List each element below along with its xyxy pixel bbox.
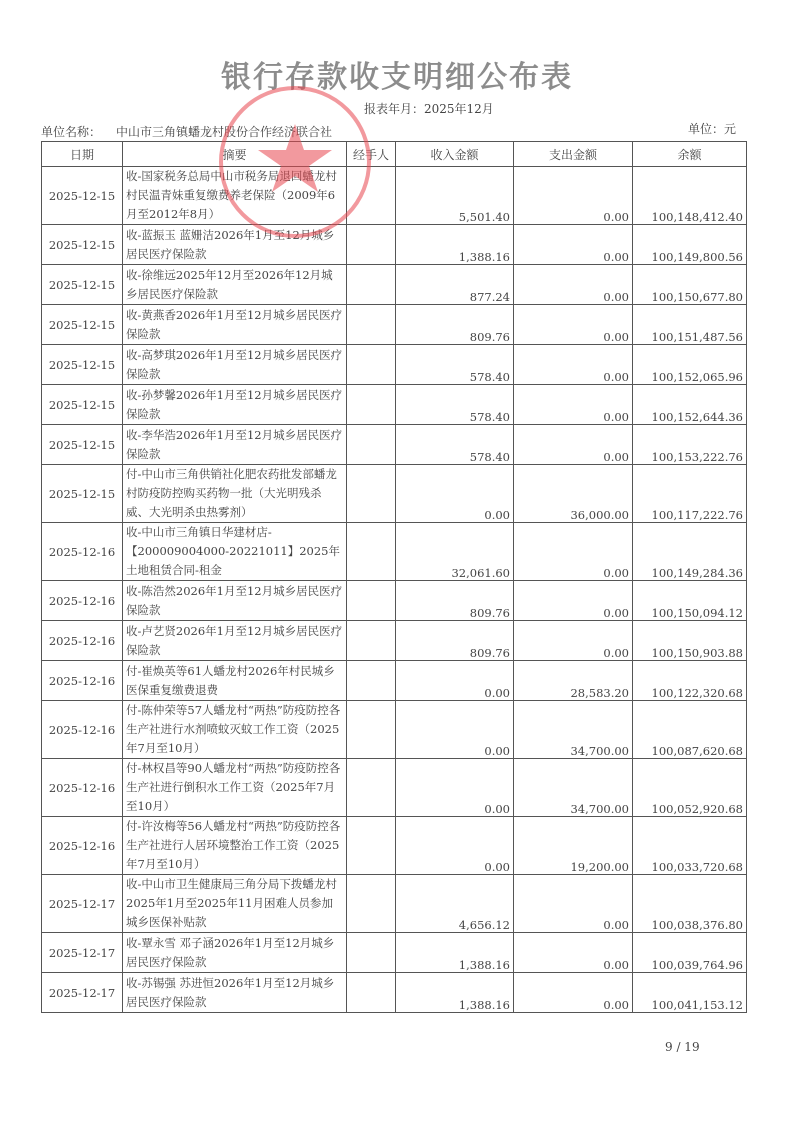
- date-cell: 2025-12-17: [42, 933, 123, 973]
- income-cell: 5,501.40: [396, 167, 514, 225]
- expense-cell: 0.00: [514, 265, 633, 305]
- col-balance: 余额: [633, 142, 747, 167]
- summary-cell: 收-中山市三角镇日华建材店-【200009004000-20221011】202…: [123, 523, 347, 581]
- balance-cell: 100,033,720.68: [633, 817, 747, 875]
- expense-cell: 34,700.00: [514, 701, 633, 759]
- income-cell: 32,061.60: [396, 523, 514, 581]
- table-row: 2025-12-17收-中山市卫生健康局三角分局下拨蟠龙村2025年1月至202…: [42, 875, 747, 933]
- date-cell: 2025-12-15: [42, 305, 123, 345]
- page-number: 9 / 19: [665, 1040, 700, 1054]
- summary-cell: 收-卢艺贤2026年1月至12月城乡居民医疗保险款: [123, 621, 347, 661]
- income-cell: 578.40: [396, 425, 514, 465]
- date-cell: 2025-12-15: [42, 345, 123, 385]
- table-row: 2025-12-16付-崔焕英等61人蟠龙村2026年村民城乡医保重复缴费退费0…: [42, 661, 747, 701]
- balance-cell: 100,150,903.88: [633, 621, 747, 661]
- summary-cell: 收-黄燕香2026年1月至12月城乡居民医疗保险款: [123, 305, 347, 345]
- summary-cell: 收-覃永雪 邓子涵2026年1月至12月城乡居民医疗保险款: [123, 933, 347, 973]
- expense-cell: 0.00: [514, 581, 633, 621]
- balance-cell: 100,122,320.68: [633, 661, 747, 701]
- expense-cell: 0.00: [514, 385, 633, 425]
- summary-cell: 收-苏锡强 苏进恒2026年1月至12月城乡居民医疗保险款: [123, 973, 347, 1013]
- balance-cell: 100,038,376.80: [633, 875, 747, 933]
- expense-cell: 19,200.00: [514, 817, 633, 875]
- handler-cell: [347, 933, 396, 973]
- income-cell: 1,388.16: [396, 933, 514, 973]
- handler-cell: [347, 875, 396, 933]
- table-row: 2025-12-15收-高梦琪2026年1月至12月城乡居民医疗保险款578.4…: [42, 345, 747, 385]
- date-cell: 2025-12-16: [42, 621, 123, 661]
- date-cell: 2025-12-16: [42, 523, 123, 581]
- summary-cell: 付-陈仲荣等57人蟠龙村“两热”防疫防控各生产社进行水剂喷蚊灭蚊工作工资（202…: [123, 701, 347, 759]
- col-expense: 支出金额: [514, 142, 633, 167]
- date-cell: 2025-12-15: [42, 225, 123, 265]
- table-row: 2025-12-16付-林权昌等90人蟠龙村“两热”防疫防控各生产社进行倒积水工…: [42, 759, 747, 817]
- expense-cell: 0.00: [514, 345, 633, 385]
- income-cell: 1,388.16: [396, 225, 514, 265]
- date-cell: 2025-12-15: [42, 265, 123, 305]
- col-date: 日期: [42, 142, 123, 167]
- balance-cell: 100,150,677.80: [633, 265, 747, 305]
- balance-cell: 100,052,920.68: [633, 759, 747, 817]
- income-cell: 578.40: [396, 345, 514, 385]
- balance-cell: 100,149,284.36: [633, 523, 747, 581]
- table-row: 2025-12-15收-李华浩2026年1月至12月城乡居民医疗保险款578.4…: [42, 425, 747, 465]
- table-row: 2025-12-16付-许汝梅等56人蟠龙村“两热”防疫防控各生产社进行人居环境…: [42, 817, 747, 875]
- handler-cell: [347, 759, 396, 817]
- col-income: 收入金额: [396, 142, 514, 167]
- summary-cell: 收-李华浩2026年1月至12月城乡居民医疗保险款: [123, 425, 347, 465]
- handler-cell: [347, 621, 396, 661]
- date-cell: 2025-12-16: [42, 701, 123, 759]
- table-row: 2025-12-16收-中山市三角镇日华建材店-【200009004000-20…: [42, 523, 747, 581]
- date-cell: 2025-12-17: [42, 973, 123, 1013]
- handler-cell: [347, 523, 396, 581]
- income-cell: 0.00: [396, 701, 514, 759]
- balance-cell: 100,149,800.56: [633, 225, 747, 265]
- handler-cell: [347, 345, 396, 385]
- handler-cell: [347, 817, 396, 875]
- income-cell: 0.00: [396, 661, 514, 701]
- summary-cell: 收-国家税务总局中山市税务局退回蟠龙村村民温青妹重复缴费养老保险（2009年6月…: [123, 167, 347, 225]
- table-row: 2025-12-17收-覃永雪 邓子涵2026年1月至12月城乡居民医疗保险款1…: [42, 933, 747, 973]
- table-row: 2025-12-16付-陈仲荣等57人蟠龙村“两热”防疫防控各生产社进行水剂喷蚊…: [42, 701, 747, 759]
- balance-cell: 100,087,620.68: [633, 701, 747, 759]
- table-row: 2025-12-16收-陈浩然2026年1月至12月城乡居民医疗保险款809.7…: [42, 581, 747, 621]
- summary-cell: 收-孙梦馨2026年1月至12月城乡居民医疗保险款: [123, 385, 347, 425]
- expense-cell: 28,583.20: [514, 661, 633, 701]
- summary-cell: 付-中山市三角供销社化肥农药批发部蟠龙村防疫防控购买药物一批（大光明残杀威、大光…: [123, 465, 347, 523]
- report-month: 报表年月：2025年12月: [364, 100, 494, 117]
- income-cell: 4,656.12: [396, 875, 514, 933]
- date-cell: 2025-12-16: [42, 661, 123, 701]
- income-cell: 0.00: [396, 759, 514, 817]
- currency-unit: 单位：元: [688, 120, 736, 137]
- table-row: 2025-12-15收-徐维远2025年12月至2026年12月城乡居民医疗保险…: [42, 265, 747, 305]
- ledger-body: 2025-12-15收-国家税务总局中山市税务局退回蟠龙村村民温青妹重复缴费养老…: [42, 167, 747, 1013]
- date-cell: 2025-12-17: [42, 875, 123, 933]
- table-row: 2025-12-17收-苏锡强 苏进恒2026年1月至12月城乡居民医疗保险款1…: [42, 973, 747, 1013]
- expense-cell: 0.00: [514, 167, 633, 225]
- balance-cell: 100,150,094.12: [633, 581, 747, 621]
- income-cell: 809.76: [396, 581, 514, 621]
- expense-cell: 0.00: [514, 305, 633, 345]
- balance-cell: 100,151,487.56: [633, 305, 747, 345]
- income-cell: 1,388.16: [396, 973, 514, 1013]
- ledger-table: 日期 摘要 经手人 收入金额 支出金额 余额 2025-12-15收-国家税务总…: [41, 141, 747, 1013]
- table-row: 2025-12-15收-孙梦馨2026年1月至12月城乡居民医疗保险款578.4…: [42, 385, 747, 425]
- handler-cell: [347, 465, 396, 523]
- header-row: 日期 摘要 经手人 收入金额 支出金额 余额: [42, 142, 747, 167]
- income-cell: 578.40: [396, 385, 514, 425]
- balance-cell: 100,152,065.96: [633, 345, 747, 385]
- expense-cell: 34,700.00: [514, 759, 633, 817]
- handler-cell: [347, 581, 396, 621]
- col-summary: 摘要: [123, 142, 347, 167]
- summary-cell: 收-陈浩然2026年1月至12月城乡居民医疗保险款: [123, 581, 347, 621]
- summary-cell: 收-蓝振玉 蓝姗洁2026年1月至12月城乡居民医疗保险款: [123, 225, 347, 265]
- expense-cell: 0.00: [514, 621, 633, 661]
- col-handler: 经手人: [347, 142, 396, 167]
- date-cell: 2025-12-16: [42, 759, 123, 817]
- handler-cell: [347, 305, 396, 345]
- income-cell: 0.00: [396, 465, 514, 523]
- balance-cell: 100,152,644.36: [633, 385, 747, 425]
- summary-cell: 收-高梦琪2026年1月至12月城乡居民医疗保险款: [123, 345, 347, 385]
- summary-cell: 付-崔焕英等61人蟠龙村2026年村民城乡医保重复缴费退费: [123, 661, 347, 701]
- expense-cell: 0.00: [514, 933, 633, 973]
- expense-cell: 36,000.00: [514, 465, 633, 523]
- expense-cell: 0.00: [514, 523, 633, 581]
- balance-cell: 100,039,764.96: [633, 933, 747, 973]
- document-title: 银行存款收支明细公布表: [0, 52, 794, 96]
- income-cell: 0.00: [396, 817, 514, 875]
- table-row: 2025-12-15付-中山市三角供销社化肥农药批发部蟠龙村防疫防控购买药物一批…: [42, 465, 747, 523]
- date-cell: 2025-12-15: [42, 167, 123, 225]
- income-cell: 809.76: [396, 621, 514, 661]
- expense-cell: 0.00: [514, 973, 633, 1013]
- summary-cell: 收-徐维远2025年12月至2026年12月城乡居民医疗保险款: [123, 265, 347, 305]
- handler-cell: [347, 265, 396, 305]
- table-row: 2025-12-15收-黄燕香2026年1月至12月城乡居民医疗保险款809.7…: [42, 305, 747, 345]
- date-cell: 2025-12-15: [42, 425, 123, 465]
- table-row: 2025-12-15收-蓝振玉 蓝姗洁2026年1月至12月城乡居民医疗保险款1…: [42, 225, 747, 265]
- handler-cell: [347, 385, 396, 425]
- handler-cell: [347, 973, 396, 1013]
- handler-cell: [347, 661, 396, 701]
- expense-cell: 0.00: [514, 875, 633, 933]
- date-cell: 2025-12-15: [42, 465, 123, 523]
- table-row: 2025-12-15收-国家税务总局中山市税务局退回蟠龙村村民温青妹重复缴费养老…: [42, 167, 747, 225]
- handler-cell: [347, 425, 396, 465]
- date-cell: 2025-12-16: [42, 581, 123, 621]
- handler-cell: [347, 225, 396, 265]
- balance-cell: 100,041,153.12: [633, 973, 747, 1013]
- date-cell: 2025-12-16: [42, 817, 123, 875]
- expense-cell: 0.00: [514, 225, 633, 265]
- summary-cell: 付-许汝梅等56人蟠龙村“两热”防疫防控各生产社进行人居环境整治工作工资（202…: [123, 817, 347, 875]
- summary-cell: 收-中山市卫生健康局三角分局下拨蟠龙村2025年1月至2025年11月困难人员参…: [123, 875, 347, 933]
- balance-cell: 100,153,222.76: [633, 425, 747, 465]
- date-cell: 2025-12-15: [42, 385, 123, 425]
- balance-cell: 100,117,222.76: [633, 465, 747, 523]
- balance-cell: 100,148,412.40: [633, 167, 747, 225]
- income-cell: 877.24: [396, 265, 514, 305]
- table-row: 2025-12-16收-卢艺贤2026年1月至12月城乡居民医疗保险款809.7…: [42, 621, 747, 661]
- unit-name-label: 单位名称：: [41, 123, 101, 140]
- handler-cell: [347, 167, 396, 225]
- summary-cell: 付-林权昌等90人蟠龙村“两热”防疫防控各生产社进行倒积水工作工资（2025年7…: [123, 759, 347, 817]
- expense-cell: 0.00: [514, 425, 633, 465]
- handler-cell: [347, 701, 396, 759]
- income-cell: 809.76: [396, 305, 514, 345]
- unit-name: 中山市三角镇蟠龙村股份合作经济联合社: [116, 123, 332, 140]
